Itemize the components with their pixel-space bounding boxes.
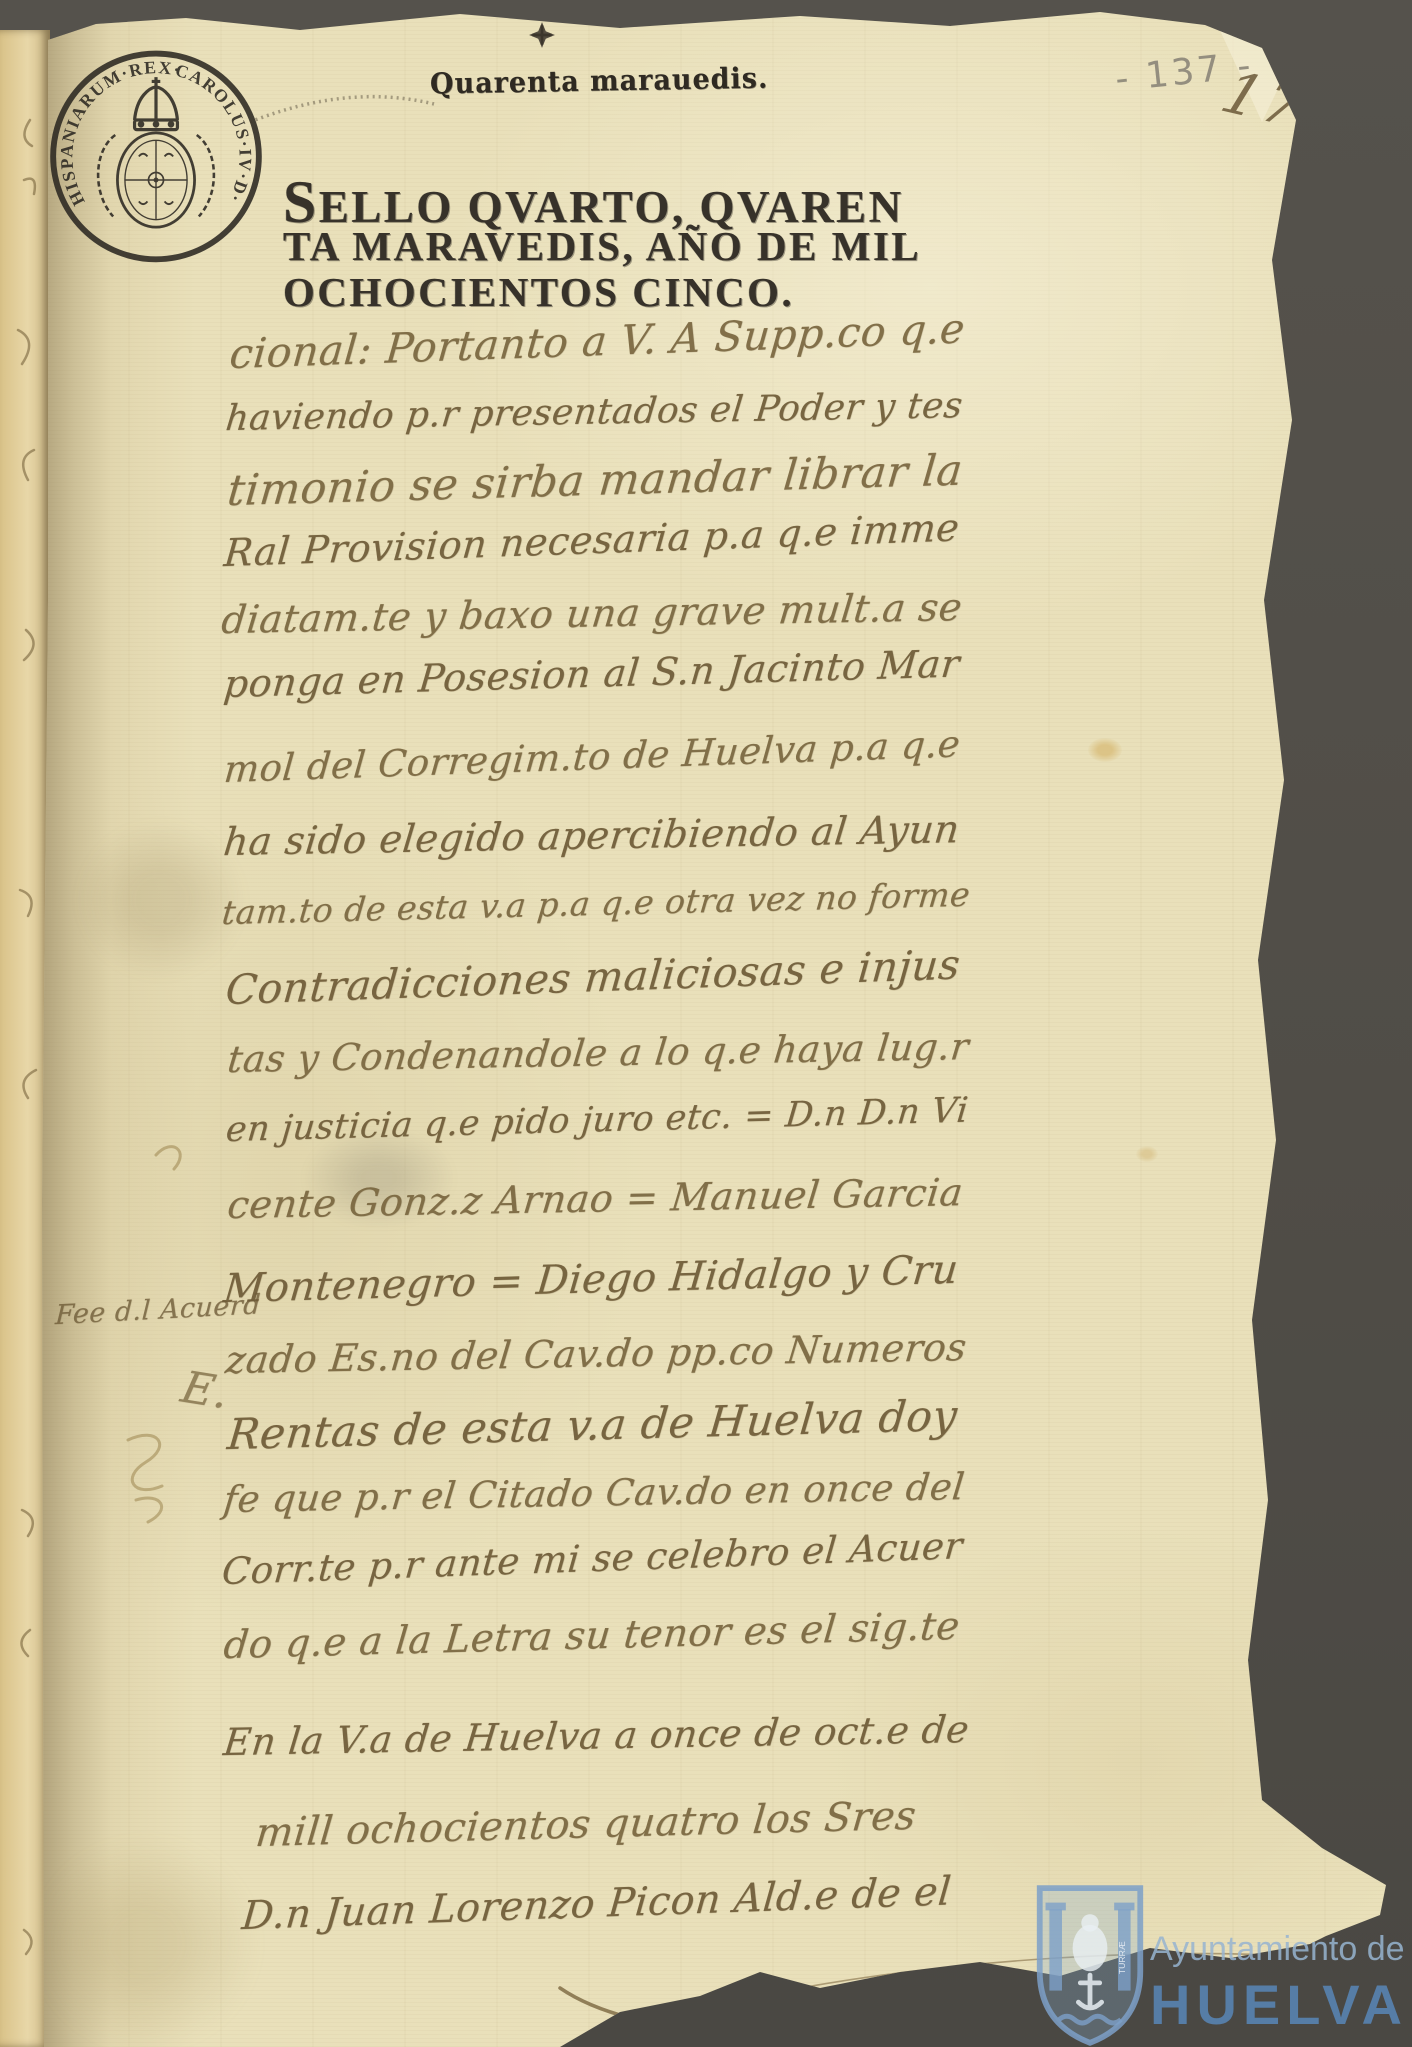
manuscript-line: Montenegro = Diego Hidalgo y Cru xyxy=(222,1247,961,1312)
manuscript-line: Corr.te p.r ante mi se celebro el Acuer xyxy=(220,1524,964,1593)
margin-flourish-letter: E. xyxy=(176,1362,234,1419)
tax-stamp-line: OCHOCIENTOS CINCO. xyxy=(283,268,794,316)
manuscript-line: haviendo p.r presentados el Poder y tes xyxy=(224,385,965,439)
gutter-shadow xyxy=(36,0,196,2047)
tax-stamp-kind-line: Quarenta marauedis. xyxy=(430,62,769,101)
manuscript-page: HISPANIARUM·REX· CAROLUS·IV·D·G· xyxy=(36,0,1412,2047)
manuscript-line: ha sido elegido apercibiendo al Ayun xyxy=(221,807,962,865)
watermark-text-line1: Ayuntamiento de xyxy=(1150,1930,1405,1969)
paper-stain xyxy=(1136,1146,1158,1162)
manuscript-line: mill ochocientos quatro los Sres xyxy=(254,1793,919,1856)
manuscript-line: do q.e a la Letra su tenor es el sig.te xyxy=(222,1604,962,1668)
manuscript-line: diatam.te y baxo una grave mult.a se xyxy=(219,585,964,643)
manuscript-line: tam.to de esta v.a p.a q.e otra vez no f… xyxy=(220,875,972,932)
manuscript-line: Ral Provision necesaria p.a q.e imme xyxy=(222,506,961,576)
manuscript-line: timonio se sirba mandar librar la xyxy=(225,445,965,516)
paper-stain xyxy=(1088,738,1122,762)
crown-icon xyxy=(135,77,178,130)
manuscript-line: En la V.a de Huelva a once de oct.e de xyxy=(221,1707,971,1764)
adjacent-page-ink-fragments xyxy=(0,30,50,2047)
damp-stain xyxy=(36,1840,256,2047)
royal-seal-stamp: HISPANIARUM·REX· CAROLUS·IV·D·G· xyxy=(48,30,264,270)
manuscript-line: Contradicciones maliciosas e injus xyxy=(224,940,962,1014)
huelva-watermark: TURRÆ Ayuntamiento de HUELVA xyxy=(1032,1882,1412,2047)
ink-showthrough xyxy=(76,820,246,980)
coat-of-arms-icon xyxy=(98,133,214,227)
manuscript-line: mol del Corregim.to de Huelva p.a q.e xyxy=(222,722,962,791)
watermark-text-line2: HUELVA xyxy=(1150,1972,1408,2037)
manuscript-line: zado Es.no del Cav.do pp.co Numeros xyxy=(223,1325,969,1382)
manuscript-line: tas y Condenandole a lo q.e haya lug.r xyxy=(225,1025,971,1081)
emblem-motto-text: TURRÆ xyxy=(1117,1941,1127,1974)
manuscript-line: D.n Juan Lorenzo Picon Ald.e de el xyxy=(240,1868,953,1939)
document-scan: HISPANIARUM·REX· CAROLUS·IV·D·G· xyxy=(0,0,1412,2047)
adjacent-page-edge xyxy=(0,30,50,2047)
manuscript-line: fe que p.r el Citado Cav.do en once del xyxy=(221,1465,966,1521)
manuscript-line: Rentas de esta v.a de Huelva doy xyxy=(225,1391,959,1460)
manuscript-line: en justicia q.e pido juro etc. = D.n D.n… xyxy=(224,1091,970,1151)
huelva-emblem-icon: TURRÆ xyxy=(1032,1882,1148,2047)
tax-stamp-line: TA MARAVEDIS, AÑO DE MIL xyxy=(283,222,921,270)
manuscript-line: ponga en Posesion al S.n Jacinto Mar xyxy=(222,641,962,706)
maltese-cross-icon xyxy=(528,20,556,50)
